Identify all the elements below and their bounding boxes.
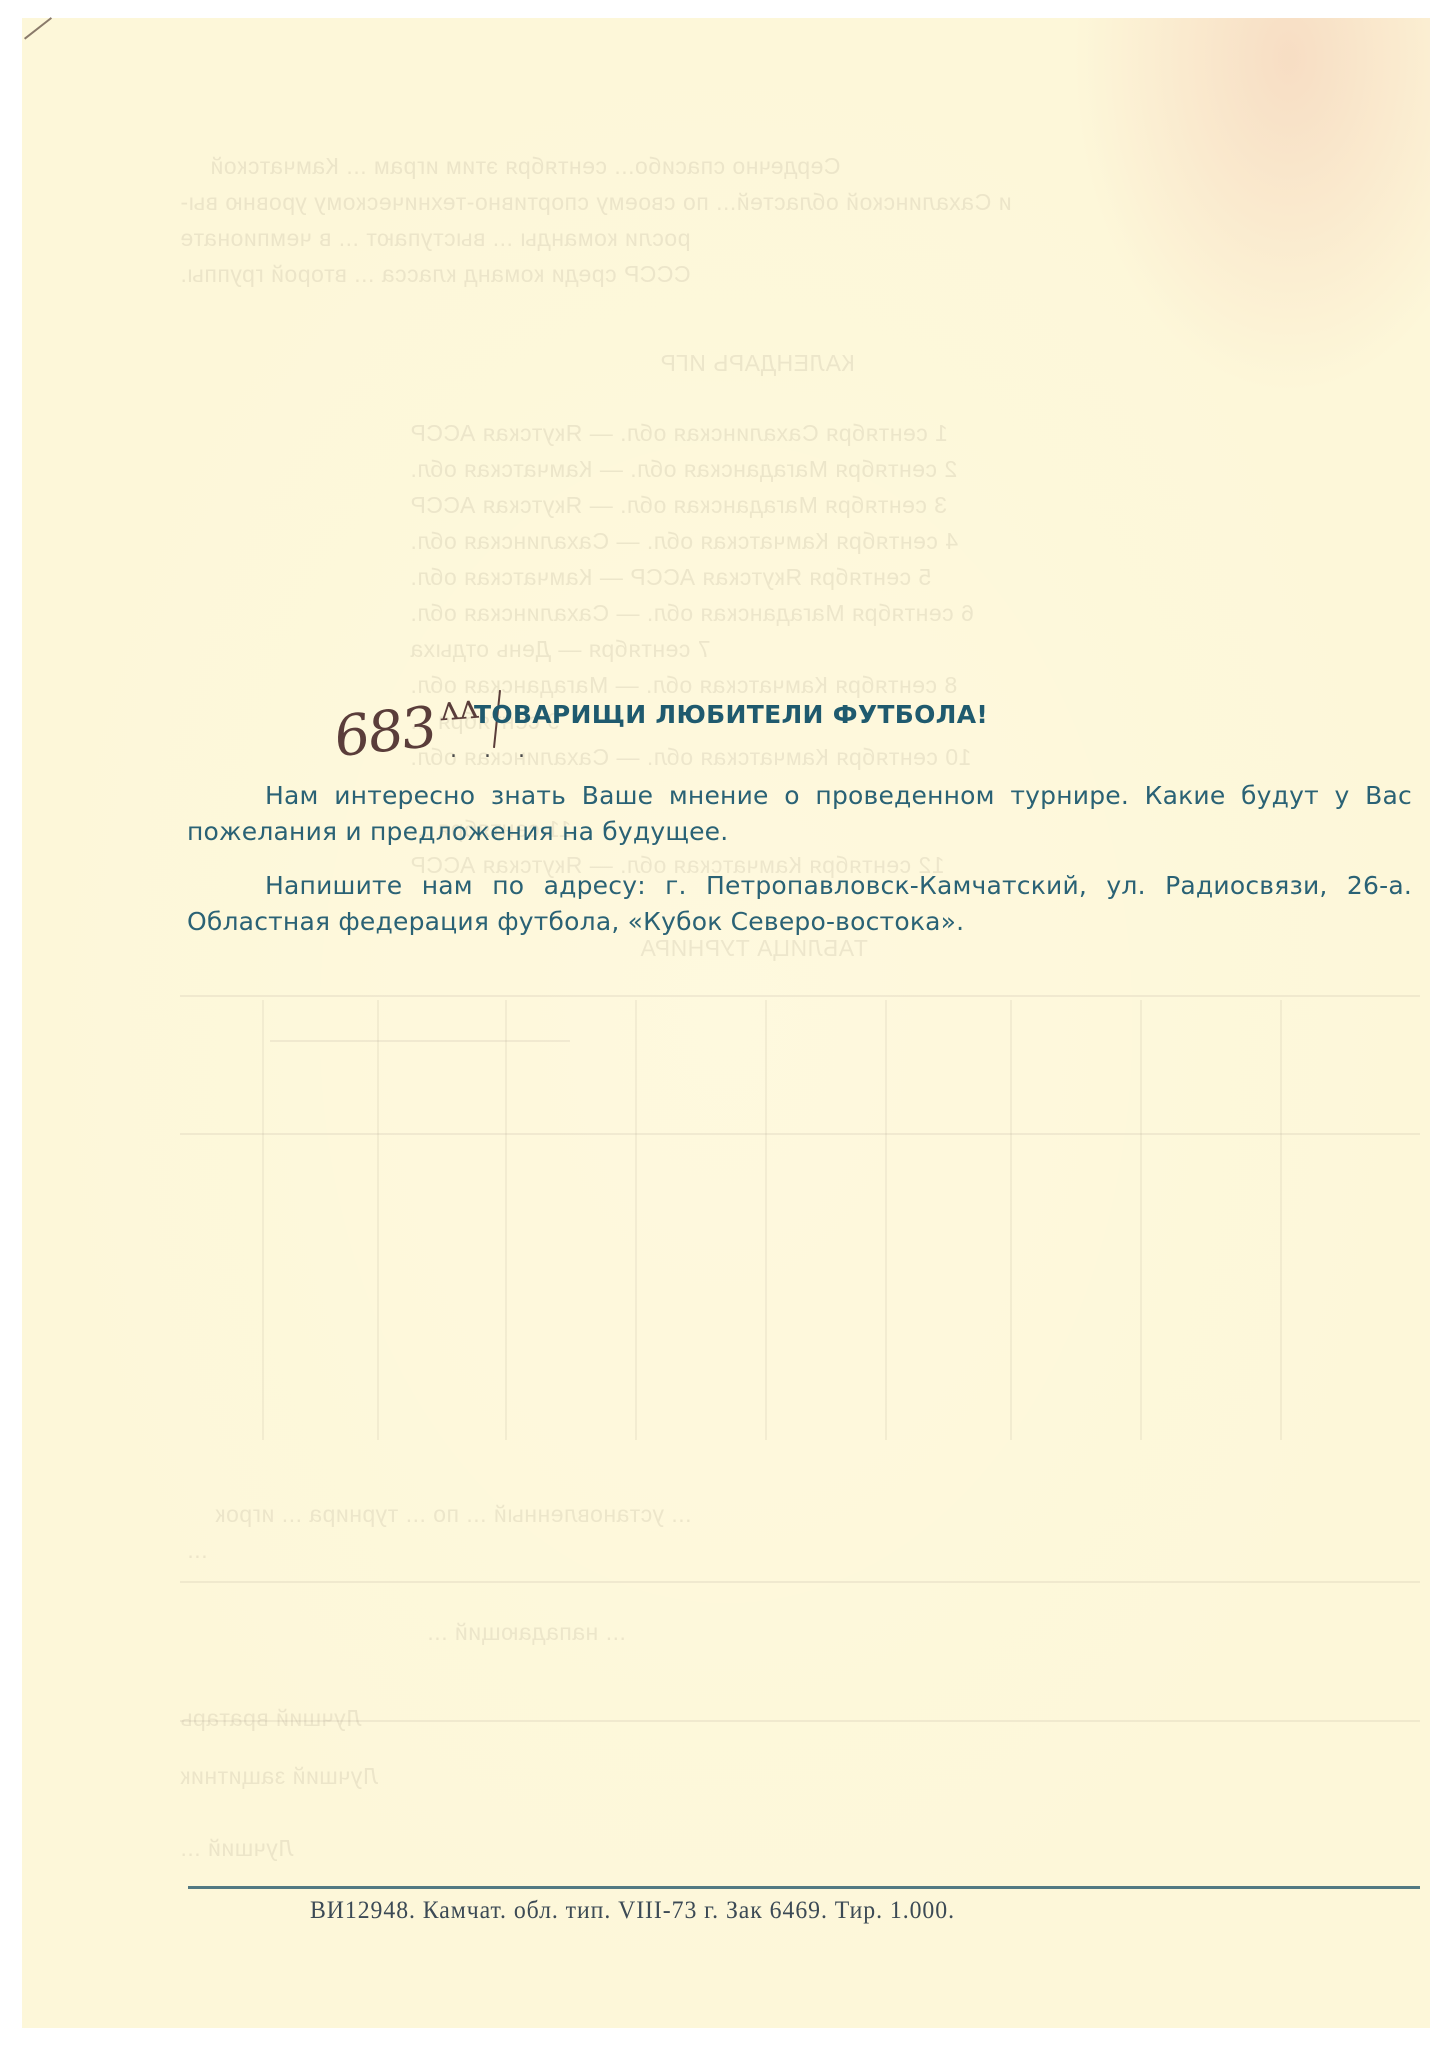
bleed-rule bbox=[180, 1581, 1420, 1583]
bleed-table-vline bbox=[262, 1000, 264, 1440]
bleed-lower-line: ... нападающий ... bbox=[420, 1614, 626, 1650]
bleed-table-vline bbox=[505, 1000, 507, 1440]
bleed-table-rule bbox=[270, 1040, 570, 1042]
bleed-table-vline bbox=[765, 1000, 767, 1440]
bleed-table-vline bbox=[1280, 1000, 1282, 1440]
bleed-calendar-line: 5 сентября Якутская АССР — Камчатская об… bbox=[410, 559, 931, 595]
bleed-lower-line: ... установленный ... по ... турнира ...… bbox=[215, 1496, 692, 1532]
ellipsis-dots: . . . bbox=[450, 738, 535, 763]
bleed-table-vline bbox=[1010, 1000, 1012, 1440]
printer-imprint: ВИ12948. Камчат. обл. тип. VIII-73 г. За… bbox=[310, 1897, 955, 1925]
bleed-table-vline bbox=[377, 1000, 379, 1440]
bleed-table-vline bbox=[1140, 1000, 1142, 1440]
paragraph-opinion: Нам интересно знать Ваше мнение о провед… bbox=[187, 778, 1412, 850]
bleed-calendar-line: 7 сентября — День отдыха bbox=[410, 631, 711, 667]
bleed-calendar-line: 2 сентября Магаданская обл. — Камчатская… bbox=[410, 451, 957, 487]
bleed-table-rule bbox=[180, 995, 1420, 997]
bleed-calendar-line: 4 сентября Камчатская обл. — Сахалинская… bbox=[410, 523, 958, 559]
bleed-table-rule bbox=[180, 1133, 1420, 1135]
bleed-lower-line: Лучший защитник bbox=[180, 1758, 378, 1794]
footer-divider bbox=[188, 1886, 1420, 1889]
handwritten-annotation-number: 683 bbox=[333, 694, 436, 770]
paragraph-opinion-text: Нам интересно знать Ваше мнение о провед… bbox=[187, 781, 1412, 846]
bleed-table-vline bbox=[635, 1000, 637, 1440]
bleed-calendar-heading: КАЛЕНДАРЬ ИГР bbox=[660, 345, 855, 381]
bleed-lower-line: ... bbox=[180, 1532, 208, 1568]
bleed-lower-line: Лучший вратарь bbox=[180, 1700, 362, 1736]
bleed-calendar-line: 6 сентября Магаданская обл. — Сахалинска… bbox=[410, 595, 974, 631]
bleed-table-vline bbox=[885, 1000, 887, 1440]
bleed-calendar-line: 8 сентября Камчатская обл. — Магаданская… bbox=[410, 667, 957, 703]
bleed-intro-line: и Сахалинской областей... по своему спор… bbox=[180, 184, 1012, 220]
paragraph-address-text: Напишите нам по адресу: г. Петропавловск… bbox=[187, 871, 1412, 936]
bleed-calendar-line: 1 сентября Сахалинская обл. — Якутская А… bbox=[410, 415, 948, 451]
bleed-rule bbox=[180, 1720, 1420, 1722]
bleed-intro-line: Сердечно спасибо... сентября этим играм … bbox=[210, 148, 841, 184]
page-corner-fold bbox=[24, 17, 52, 40]
bleed-intro-line: СССР среди команд класса ... второй груп… bbox=[180, 256, 691, 292]
bleed-calendar-line: 3 сентября Магаданская обл. — Якутская А… bbox=[410, 487, 947, 523]
page-title: ТОВАРИЩИ ЛЮБИТЕЛИ ФУТБОЛА! bbox=[474, 700, 988, 729]
bleed-intro-line: росли команды ... выступают ... в чемпио… bbox=[180, 220, 690, 256]
bleed-lower-line: Лучший ... bbox=[180, 1830, 294, 1866]
paragraph-address: Напишите нам по адресу: г. Петропавловск… bbox=[187, 868, 1412, 940]
